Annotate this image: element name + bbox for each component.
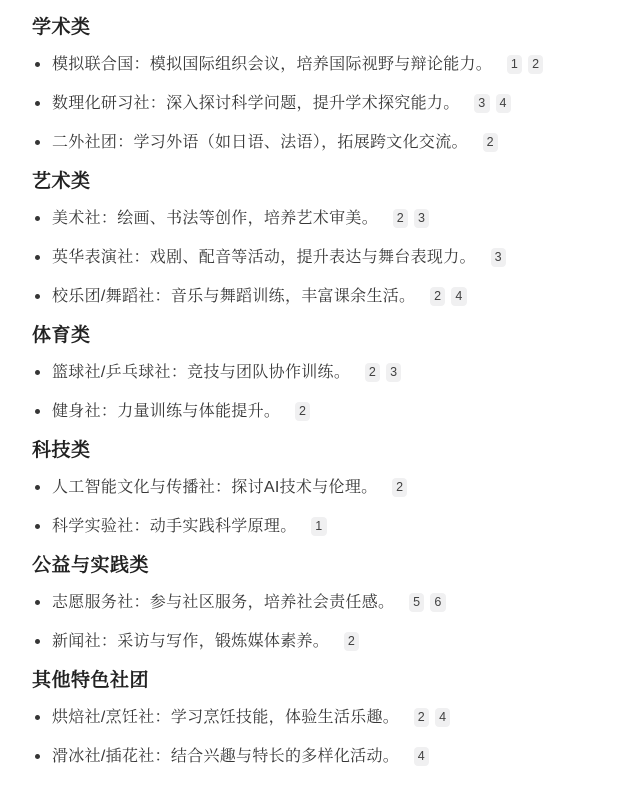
club-category-section: 科技类 人工智能文化与传播社：探讨AI技术与伦理。 2 科学实验社：动手实践科学… <box>32 438 608 539</box>
section-heading: 其他特色社团 <box>32 668 608 693</box>
citation-badge[interactable]: 2 <box>365 363 380 382</box>
list-item: 数理化研习社：深入探讨科学问题，提升学术探究能力。 34 <box>32 91 608 116</box>
club-category-section: 学术类 模拟联合国：模拟国际组织会议，培养国际视野与辩论能力。 12 数理化研习… <box>32 15 608 155</box>
citation-badge[interactable]: 2 <box>295 402 310 421</box>
citation-badge[interactable]: 2 <box>483 133 498 152</box>
document-content: 学术类 模拟联合国：模拟国际组织会议，培养国际视野与辩论能力。 12 数理化研习… <box>0 0 640 793</box>
club-description: 烘焙社/烹饪社：学习烹饪技能，体验生活乐趣。 <box>52 709 399 726</box>
club-category-section: 艺术类 美术社：绘画、书法等创作，培养艺术审美。 23 英华表演社：戏剧、配音等… <box>32 169 608 309</box>
section-list: 篮球社/乒乓球社：竞技与团队协作训练。 23 健身社：力量训练与体能提升。 2 <box>32 360 608 424</box>
citation-badge[interactable]: 4 <box>435 708 450 727</box>
citation-badge[interactable]: 5 <box>409 593 424 612</box>
list-item: 校乐团/舞蹈社：音乐与舞蹈训练，丰富课余生活。 24 <box>32 284 608 309</box>
section-list: 模拟联合国：模拟国际组织会议，培养国际视野与辩论能力。 12 数理化研习社：深入… <box>32 52 608 155</box>
bullet-icon <box>35 62 40 67</box>
bullet-icon <box>35 409 40 414</box>
citation-badge[interactable]: 2 <box>528 55 543 74</box>
club-description: 篮球社/乒乓球社：竞技与团队协作训练。 <box>52 364 350 381</box>
club-description: 科学实验社：动手实践科学原理。 <box>52 518 297 535</box>
club-category-section: 体育类 篮球社/乒乓球社：竞技与团队协作训练。 23 健身社：力量训练与体能提升… <box>32 323 608 424</box>
citation-badges: 24 <box>408 709 451 726</box>
club-description: 志愿服务社：参与社区服务，培养社会责任感。 <box>52 594 394 611</box>
club-description: 滑冰社/插花社：结合兴趣与特长的多样化活动。 <box>52 748 399 765</box>
list-item: 烘焙社/烹饪社：学习烹饪技能，体验生活乐趣。 24 <box>32 705 608 730</box>
bullet-icon <box>35 754 40 759</box>
club-category-section: 其他特色社团 烘焙社/烹饪社：学习烹饪技能，体验生活乐趣。 24 滑冰社/插花社… <box>32 668 608 769</box>
list-item: 美术社：绘画、书法等创作，培养艺术审美。 23 <box>32 206 608 231</box>
citation-badges: 2 <box>338 633 359 650</box>
bullet-icon <box>35 255 40 260</box>
citation-badge[interactable]: 2 <box>393 209 408 228</box>
citation-badges: 56 <box>403 594 446 611</box>
citation-badge[interactable]: 3 <box>491 248 506 267</box>
section-heading: 艺术类 <box>32 169 608 194</box>
list-item: 英华表演社：戏剧、配音等活动，提升表达与舞台表现力。 3 <box>32 245 608 270</box>
bullet-icon <box>35 101 40 106</box>
bullet-icon <box>35 485 40 490</box>
bullet-icon <box>35 524 40 529</box>
citation-badge[interactable]: 4 <box>414 747 429 766</box>
club-category-section: 公益与实践类 志愿服务社：参与社区服务，培养社会责任感。 56 新闻社：采访与写… <box>32 553 608 654</box>
section-heading: 科技类 <box>32 438 608 463</box>
bullet-icon <box>35 294 40 299</box>
citation-badge[interactable]: 1 <box>507 55 522 74</box>
bullet-icon <box>35 639 40 644</box>
bullet-icon <box>35 715 40 720</box>
citation-badges: 23 <box>387 210 430 227</box>
club-description: 二外社团：学习外语（如日语、法语），拓展跨文化交流。 <box>52 134 468 151</box>
citation-badges: 2 <box>477 134 498 151</box>
citation-badge[interactable]: 1 <box>311 517 326 536</box>
bullet-icon <box>35 216 40 221</box>
list-item: 滑冰社/插花社：结合兴趣与特长的多样化活动。 4 <box>32 744 608 769</box>
citation-badges: 2 <box>386 479 407 496</box>
citation-badge[interactable]: 4 <box>496 94 511 113</box>
citation-badge[interactable]: 3 <box>474 94 489 113</box>
club-description: 校乐团/舞蹈社：音乐与舞蹈训练，丰富课余生活。 <box>52 288 415 305</box>
section-list: 人工智能文化与传播社：探讨AI技术与伦理。 2 科学实验社：动手实践科学原理。 … <box>32 475 608 539</box>
list-item: 健身社：力量训练与体能提升。 2 <box>32 399 608 424</box>
citation-badge[interactable]: 3 <box>414 209 429 228</box>
section-heading: 学术类 <box>32 15 608 40</box>
citation-badges: 3 <box>485 249 506 266</box>
citation-badge[interactable]: 2 <box>430 287 445 306</box>
club-description: 数理化研习社：深入探讨科学问题，提升学术探究能力。 <box>52 95 460 112</box>
bullet-icon <box>35 370 40 375</box>
citation-badge[interactable]: 2 <box>392 478 407 497</box>
club-description: 美术社：绘画、书法等创作，培养艺术审美。 <box>52 210 378 227</box>
list-item: 科学实验社：动手实践科学原理。 1 <box>32 514 608 539</box>
citation-badges: 34 <box>468 95 511 112</box>
list-item: 模拟联合国：模拟国际组织会议，培养国际视野与辩论能力。 12 <box>32 52 608 77</box>
citation-badge[interactable]: 2 <box>344 632 359 651</box>
bullet-icon <box>35 140 40 145</box>
citation-badge[interactable]: 4 <box>451 287 466 306</box>
list-item: 志愿服务社：参与社区服务，培养社会责任感。 56 <box>32 590 608 615</box>
citation-badge[interactable]: 3 <box>386 363 401 382</box>
section-heading: 公益与实践类 <box>32 553 608 578</box>
section-list: 美术社：绘画、书法等创作，培养艺术审美。 23 英华表演社：戏剧、配音等活动，提… <box>32 206 608 309</box>
citation-badges: 24 <box>424 288 467 305</box>
citation-badges: 23 <box>359 364 402 381</box>
list-item: 新闻社：采访与写作，锻炼媒体素养。 2 <box>32 629 608 654</box>
citation-badges: 1 <box>305 518 326 535</box>
club-description: 英华表演社：戏剧、配音等活动，提升表达与舞台表现力。 <box>52 249 476 266</box>
club-description: 新闻社：采访与写作，锻炼媒体素养。 <box>52 633 329 650</box>
bullet-icon <box>35 600 40 605</box>
section-list: 志愿服务社：参与社区服务，培养社会责任感。 56 新闻社：采访与写作，锻炼媒体素… <box>32 590 608 654</box>
citation-badge[interactable]: 6 <box>430 593 445 612</box>
section-list: 烘焙社/烹饪社：学习烹饪技能，体验生活乐趣。 24 滑冰社/插花社：结合兴趣与特… <box>32 705 608 769</box>
list-item: 篮球社/乒乓球社：竞技与团队协作训练。 23 <box>32 360 608 385</box>
list-item: 人工智能文化与传播社：探讨AI技术与伦理。 2 <box>32 475 608 500</box>
citation-badges: 4 <box>408 748 429 765</box>
citation-badges: 2 <box>289 403 310 420</box>
club-description: 模拟联合国：模拟国际组织会议，培养国际视野与辩论能力。 <box>52 56 492 73</box>
club-description: 人工智能文化与传播社：探讨AI技术与伦理。 <box>52 479 377 496</box>
club-description: 健身社：力量训练与体能提升。 <box>52 403 280 420</box>
citation-badges: 12 <box>501 56 544 73</box>
section-heading: 体育类 <box>32 323 608 348</box>
citation-badge[interactable]: 2 <box>414 708 429 727</box>
list-item: 二外社团：学习外语（如日语、法语），拓展跨文化交流。 2 <box>32 130 608 155</box>
